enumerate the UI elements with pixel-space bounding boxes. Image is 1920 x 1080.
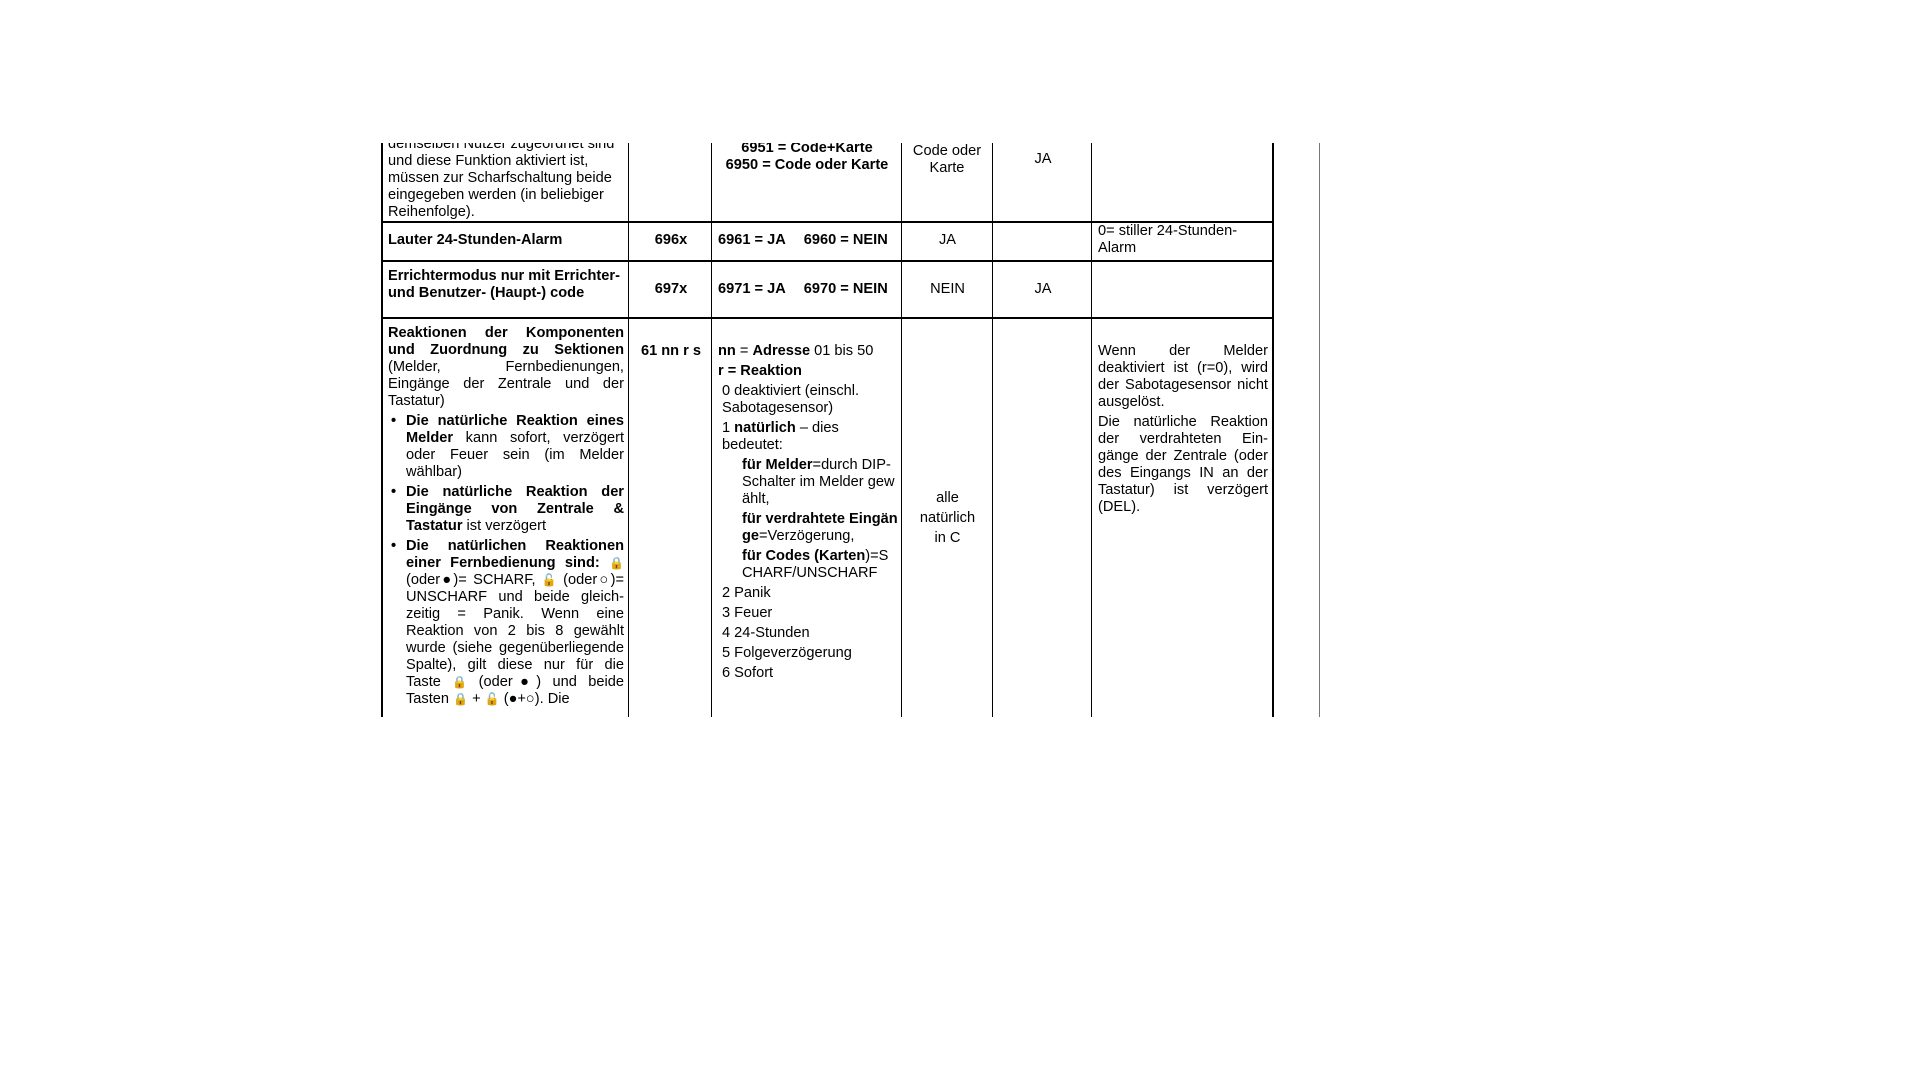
lock-closed-icon: 🔒 bbox=[452, 674, 467, 691]
reaction-option: 4 24-Stunden bbox=[718, 625, 898, 642]
table-row-3-col5: JA bbox=[994, 281, 1092, 298]
text: natürlich bbox=[734, 420, 796, 436]
table-row-2-function: Lauter 24-Stunden-Alarm bbox=[388, 232, 624, 249]
column-divider bbox=[1091, 143, 1092, 717]
open-dot-icon: ○ bbox=[597, 572, 610, 588]
text: 01 bis 50 bbox=[810, 343, 873, 359]
note-paragraph: Die natürliche Reaktion der verdrahteten… bbox=[1098, 414, 1268, 516]
table-row-2-options: 6961 = JA6960 = NEIN bbox=[718, 232, 904, 249]
table-row-4-default: alle natürlich in C bbox=[903, 488, 992, 548]
function-title: Reaktionen der Komponenten und Zuordnung… bbox=[388, 325, 624, 358]
reaction-option: 6 Sofort bbox=[718, 665, 898, 682]
text-line: natürlich bbox=[903, 508, 992, 528]
option-line: 6950 = Code oder Karte bbox=[713, 157, 901, 174]
option-no: 6960 = NEIN bbox=[804, 232, 888, 248]
column-divider bbox=[711, 143, 712, 717]
lock-closed-icon: 🔒 bbox=[609, 555, 624, 572]
open-dot-icon: ○ bbox=[526, 691, 535, 707]
text: (oder bbox=[563, 572, 597, 588]
table-row-4-function: Reaktionen der Komponenten und Zuordnung… bbox=[388, 325, 624, 711]
text-line: in C bbox=[903, 528, 992, 548]
bullet-bold: Die natürlichen Reaktionen einer Fernbed… bbox=[406, 538, 624, 571]
text: Karten bbox=[819, 548, 865, 564]
table-row-1-default: Code oder Karte bbox=[906, 143, 988, 177]
text: (oder bbox=[406, 572, 440, 588]
list-item: Die natürliche Reaktion der Eingänge von… bbox=[388, 484, 624, 535]
text: für Melder bbox=[742, 457, 813, 473]
table-row-3-options: 6971 = JA6970 = NEIN bbox=[718, 281, 904, 298]
reaction-option: 2 Panik bbox=[718, 585, 898, 602]
param-r: r = Reaktion bbox=[718, 363, 898, 380]
reaction-option: 5 Folgeverzögerung bbox=[718, 645, 898, 662]
table-row-1-options: 6951 = Code+Karte 6950 = Code oder Karte bbox=[713, 143, 901, 174]
table-row-2-code: 696x bbox=[630, 232, 712, 249]
text: Adresse bbox=[752, 343, 810, 359]
option-yes: 6971 = JA bbox=[718, 281, 786, 297]
table-row-1-function: demselben Nutzer zugeordnet sind und die… bbox=[388, 143, 624, 221]
list-item: Die natürliche Reaktion eines Melder kan… bbox=[388, 413, 624, 481]
text: =Verzögerung, bbox=[759, 528, 854, 544]
text-line: und diese Funktion aktiviert ist, bbox=[388, 153, 624, 170]
lock-open-icon: 🔓 bbox=[485, 691, 500, 708]
column-divider bbox=[992, 143, 993, 717]
text-line: müssen zur Scharfschaltung beide bbox=[388, 170, 624, 187]
table-row-4-options: nn = Adresse 01 bis 50 r = Reaktion 0 de… bbox=[718, 343, 898, 685]
table-row-4-code: 61 nn r s bbox=[630, 343, 712, 360]
text: + bbox=[517, 691, 526, 707]
reaction-option: 3 Feuer bbox=[718, 605, 898, 622]
text: ). Die bbox=[535, 691, 570, 707]
text-line: eingegeben werden (in beliebiger bbox=[388, 187, 624, 204]
text: + bbox=[472, 691, 481, 707]
lock-open-icon: 🔓 bbox=[542, 572, 557, 589]
text-line: demselben Nutzer zugeordnet sind bbox=[388, 143, 624, 153]
table-row-4-note: Wenn der Melder deaktiviert ist (r=0), w… bbox=[1098, 343, 1268, 519]
table-border-left bbox=[381, 143, 383, 717]
table-row-2-default: JA bbox=[903, 232, 992, 249]
table-row-3-code: 697x bbox=[630, 281, 712, 298]
function-subtitle: (Melder, Fernbedienungen, Eingänge der Z… bbox=[388, 359, 624, 409]
option-no: 6970 = NEIN bbox=[804, 281, 888, 297]
text: )= SCHARF, bbox=[453, 572, 535, 588]
text-line: alle bbox=[903, 488, 992, 508]
text: )= UNSCHARF und beide gleich-zeitig = Pa… bbox=[406, 572, 624, 690]
column-divider bbox=[901, 143, 902, 717]
option-line: 6951 = Code+Karte bbox=[713, 143, 901, 157]
filled-dot-icon: ● bbox=[440, 572, 453, 588]
note-paragraph: Wenn der Melder deaktiviert ist (r=0), w… bbox=[1098, 343, 1268, 411]
row-divider bbox=[382, 317, 1274, 319]
text: 1 bbox=[722, 420, 734, 436]
text-line: Reihenfolge). bbox=[388, 204, 624, 221]
column-divider bbox=[628, 143, 629, 717]
table-border-right bbox=[1272, 143, 1274, 717]
table-row-3-default: NEIN bbox=[903, 281, 992, 298]
text: (oder bbox=[479, 674, 513, 690]
table-row-1-col5: JA bbox=[994, 151, 1092, 168]
document-page: demselben Nutzer zugeordnet sind und die… bbox=[0, 143, 1920, 717]
param-nn: nn bbox=[718, 343, 736, 359]
page-margin-line bbox=[1319, 143, 1320, 717]
reaction-option: 0 deaktiviert (einschl. Sabotagesensor) bbox=[718, 383, 898, 417]
table-row-3-function: Errichtermodus nur mit Errichter- und Be… bbox=[388, 268, 628, 302]
text: für Codes ( bbox=[742, 548, 819, 564]
text: = bbox=[736, 343, 753, 359]
bullet-text: ist verzögert bbox=[463, 518, 547, 534]
list-item: Die natürlichen Reaktionen einer Fernbed… bbox=[388, 538, 624, 708]
reaction-notes-list: Die natürliche Reaktion eines Melder kan… bbox=[388, 413, 624, 708]
row-divider bbox=[382, 260, 1274, 262]
option-yes: 6961 = JA bbox=[718, 232, 786, 248]
filled-dot-icon: ● bbox=[513, 674, 537, 690]
lock-closed-icon: 🔒 bbox=[453, 691, 468, 708]
table-row-2-note: 0= stiller 24-Stunden-Alarm bbox=[1098, 223, 1268, 257]
